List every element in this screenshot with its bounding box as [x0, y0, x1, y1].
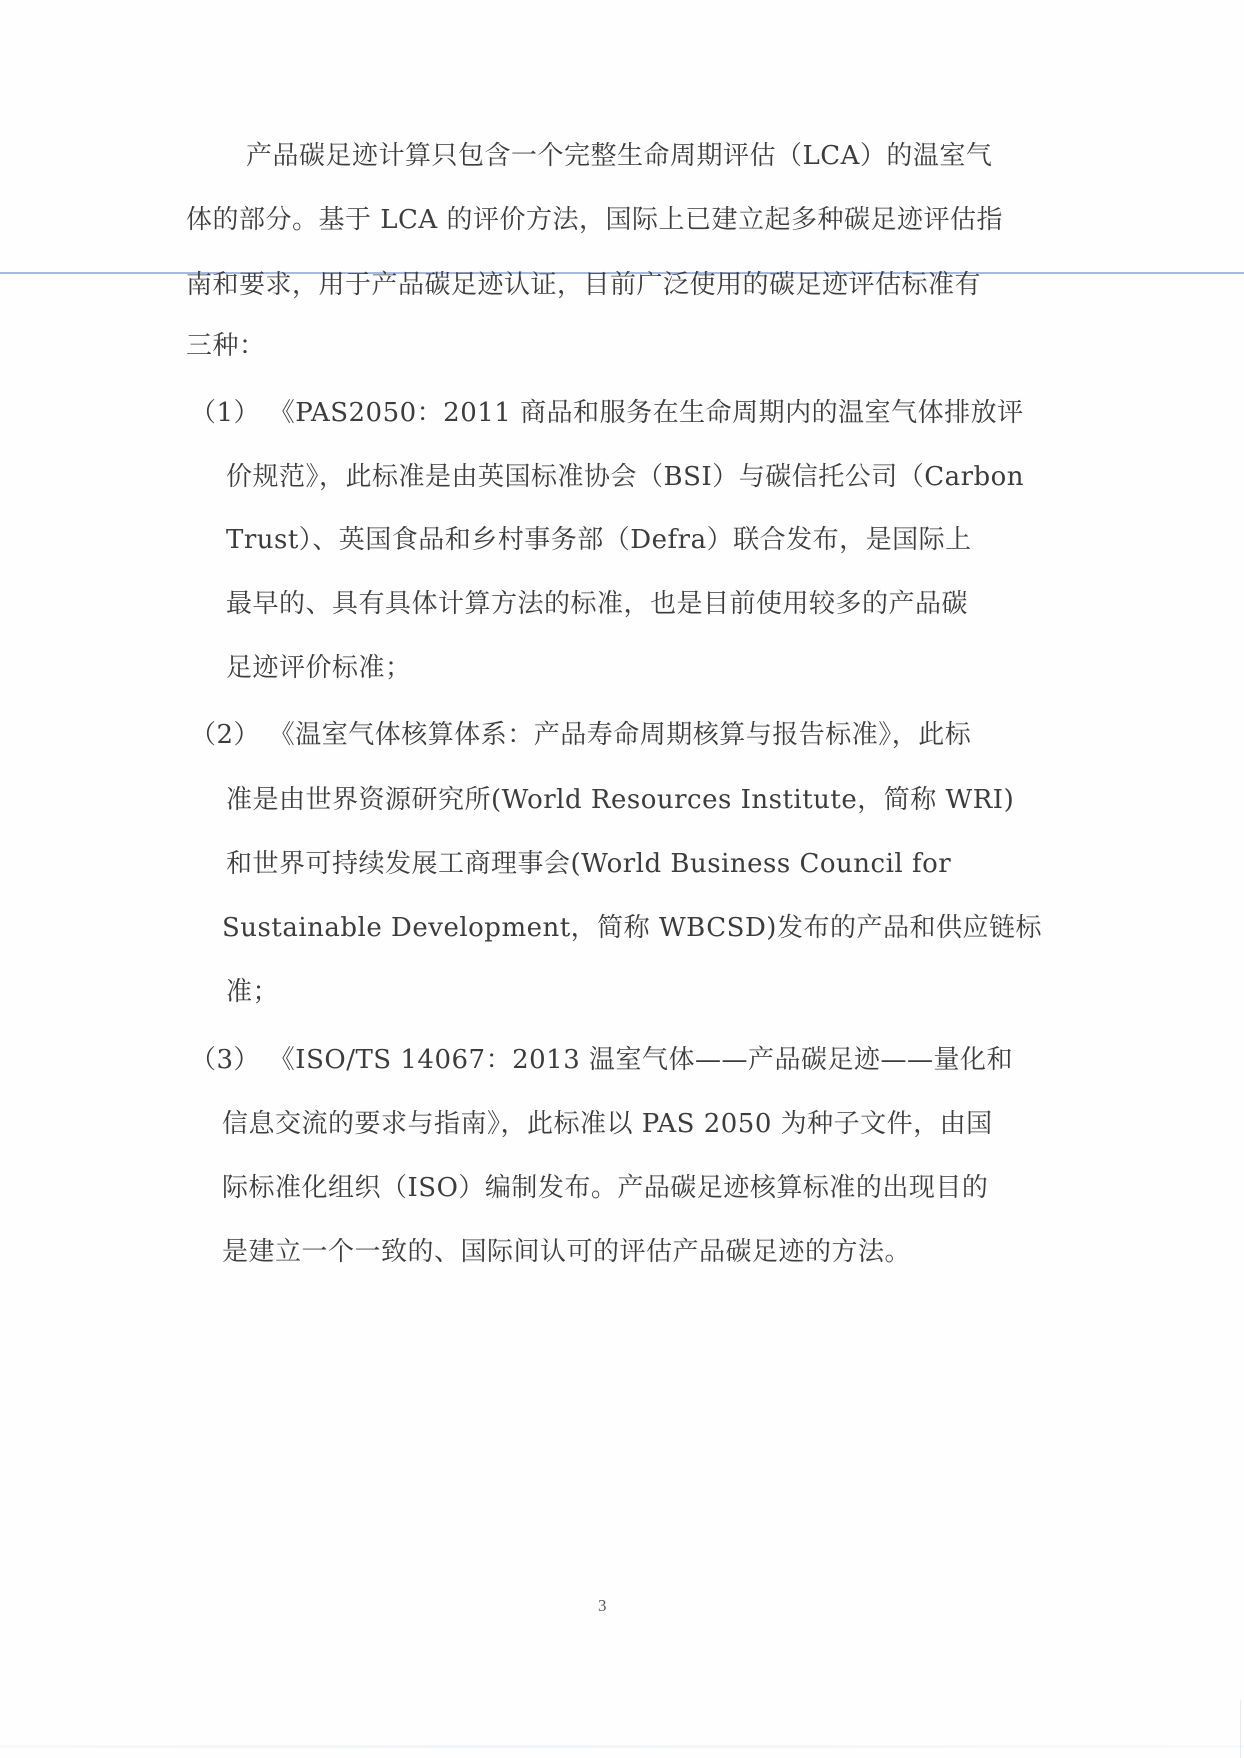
list-item-2-line: 和世界可持续发展工商理事会(World Business Council for — [226, 848, 951, 880]
list-item-3-line: 是建立一个一致的、国际间认可的评估产品碳足迹的方法。 — [222, 1236, 911, 1268]
list-item-2-line: （2） 《温室气体核算体系：产品寿命周期核算与报告标准》，此标 — [190, 719, 971, 751]
scan-right-edge — [1240, 1700, 1241, 1758]
list-item-1-line: 价规范》，此标准是由英国标准协会（BSI）与碳信托公司（Carbon — [226, 461, 1024, 493]
paragraph-line: 三种： — [186, 330, 266, 362]
list-item-2-line: 准是由世界资源研究所(World Resources Institute，简称 … — [226, 784, 1014, 816]
page-number: 3 — [598, 1596, 607, 1616]
list-item-1-line: Trust）、英国食品和乡村事务部（Defra）联合发布，是国际上 — [226, 524, 972, 556]
list-item-2-line: 准； — [226, 976, 279, 1008]
list-item-1-line: 最早的、具有具体计算方法的标准，也是目前使用较多的产品碳 — [226, 588, 968, 620]
list-item-1-line: 足迹评价标准； — [226, 652, 412, 684]
document-page: 产品碳足迹计算只包含一个完整生命周期评估（LCA）的温室气 体的部分。基于 LC… — [0, 0, 1244, 1758]
paragraph-line: 南和要求，用于产品碳足迹认证，目前广泛使用的碳足迹评估标准有 — [186, 269, 981, 301]
list-item-3-line: 际标准化组织（ISO）编制发布。产品碳足迹核算标准的出现目的 — [222, 1172, 988, 1204]
paragraph-line: 产品碳足迹计算只包含一个完整生命周期评估（LCA）的温室气 — [246, 140, 992, 172]
scan-bottom-edge — [0, 1745, 1244, 1748]
list-item-2-line: Sustainable Development，简称 WBCSD)发布的产品和供… — [222, 912, 1042, 944]
list-item-3-line: （3） 《ISO/TS 14067：2013 温室气体——产品碳足迹——量化和 — [190, 1044, 1013, 1076]
list-item-1-line: （1） 《PAS2050：2011 商品和服务在生命周期内的温室气体排放评 — [190, 397, 1024, 429]
list-item-3-line: 信息交流的要求与指南》，此标准以 PAS 2050 为种子文件，由国 — [222, 1108, 993, 1140]
paragraph-line: 体的部分。基于 LCA 的评价方法，国际上已建立起多种碳足迹评估指 — [186, 204, 1003, 236]
